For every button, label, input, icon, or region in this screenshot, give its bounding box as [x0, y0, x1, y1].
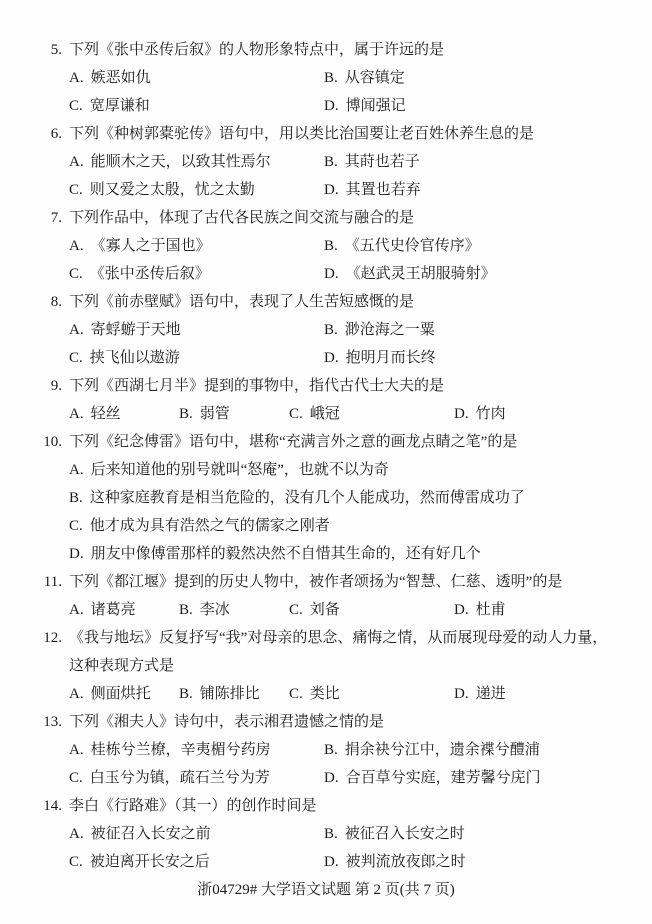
- question-7-option-d: D.《赵武灵王胡服骑射》: [324, 260, 496, 288]
- question-8-option-c: C.挟飞仙以遨游: [69, 344, 324, 372]
- option-label: D.: [69, 546, 84, 562]
- option-text: 刘备: [310, 602, 340, 618]
- question-14-option-d: D.被判流放夜郎之时: [324, 848, 466, 876]
- option-text: 抱明月而长终: [346, 350, 436, 366]
- exam-page: 5. 下列《张中丞传后叙》的人物形象特点中，属于许远的是 A.嫉恶如仇 B.从容…: [0, 0, 652, 924]
- option-text: 被征召入长安之时: [345, 826, 465, 842]
- option-text: 合百草兮实庭，建芳馨兮庑门: [346, 770, 541, 786]
- option-text: 《张中丞传后叙》: [90, 266, 210, 282]
- question-7-options-row-2: C.《张中丞传后叙》 D.《赵武灵王胡服骑射》: [28, 260, 624, 288]
- option-label: B.: [179, 602, 193, 618]
- question-13-stem: 下列《湘夫人》诗句中，表示湘君遗憾之情的是: [69, 708, 384, 736]
- question-10-stem: 下列《纪念傅雷》语句中，堪称“充满言外之意的画龙点睛之笔”的是: [69, 428, 517, 456]
- question-12-option-b: B.铺陈排比: [179, 680, 289, 708]
- question-5-option-c: C.宽厚谦和: [69, 92, 324, 120]
- question-6-option-c: C.则又爱之太殷，忧之太勤: [69, 176, 324, 204]
- question-7-stem-row: 7. 下列作品中，体现了古代各民族之间交流与融合的是: [28, 204, 624, 232]
- option-text: 侧面烘托: [91, 686, 151, 702]
- option-label: B.: [324, 322, 338, 338]
- option-label: D.: [324, 182, 339, 198]
- question-9-option-d: D.竹肉: [454, 400, 506, 428]
- option-label: D.: [324, 266, 339, 282]
- option-text: 铺陈排比: [200, 686, 260, 702]
- question-12-stem-continuation-row: 这种表现方式是: [28, 652, 624, 680]
- question-12-option-c: C.类比: [289, 680, 454, 708]
- option-label: D.: [324, 770, 339, 786]
- option-text: 则又爱之太殷，忧之太勤: [90, 182, 255, 198]
- option-text: 这种家庭教育是相当危险的，没有几个人能成功，然而傅雷成功了: [90, 490, 525, 506]
- question-7-option-a: A.《寡人之于国也》: [69, 232, 324, 260]
- option-text: 《赵武灵王胡服骑射》: [346, 266, 496, 282]
- option-text: 《五代史伶官传序》: [345, 238, 480, 254]
- question-7-stem: 下列作品中，体现了古代各民族之间交流与融合的是: [69, 204, 414, 232]
- question-14-number: 14.: [28, 792, 62, 820]
- option-label: A.: [69, 154, 84, 170]
- question-13-stem-row: 13. 下列《湘夫人》诗句中，表示湘君遗憾之情的是: [28, 708, 624, 736]
- question-6-option-d: D.其置也若弃: [324, 176, 421, 204]
- question-7-option-c: C.《张中丞传后叙》: [69, 260, 324, 288]
- option-text: 能顺木之天，以致其性焉尔: [91, 154, 271, 170]
- option-label: C.: [69, 518, 83, 534]
- question-12-option-d: D.递进: [454, 680, 506, 708]
- option-label: A.: [69, 70, 84, 86]
- question-12-stem-row: 12. 《我与地坛》反复抒写“我”对母亲的思念、痛悔之情，从而展现母爱的动人力量…: [28, 624, 624, 652]
- option-text: 后来知道他的别号就叫“怒庵”，也就不以为奇: [91, 462, 389, 478]
- option-text: 《寡人之于国也》: [91, 238, 211, 254]
- option-text: 白玉兮为镇，疏石兰兮为芳: [90, 770, 270, 786]
- question-14-option-a: A.被征召入长安之前: [69, 820, 324, 848]
- question-14-options-row-1: A.被征召入长安之前 B.被征召入长安之时: [28, 820, 624, 848]
- question-14-stem-row: 14. 李白《行路难》（其一）的创作时间是: [28, 792, 624, 820]
- option-text: 捐余袂兮江中，遗余褋兮醴浦: [345, 742, 540, 758]
- option-label: C.: [289, 406, 303, 422]
- question-13-options-row-1: A.桂栋兮兰橑，辛夷楣兮药房 B.捐余袂兮江中，遗余褋兮醴浦: [28, 736, 624, 764]
- question-14-options-row-2: C.被迫离开长安之后 D.被判流放夜郎之时: [28, 848, 624, 876]
- option-label: B.: [69, 490, 83, 506]
- option-label: D.: [454, 686, 469, 702]
- option-text: 朋友中像傅雷那样的毅然决然不自惜其生命的，还有好几个: [91, 546, 481, 562]
- option-text: 竹肉: [476, 406, 506, 422]
- option-label: B.: [324, 826, 338, 842]
- question-8-options-row-2: C.挟飞仙以遨游 D.抱明月而长终: [28, 344, 624, 372]
- question-8-stem: 下列《前赤壁赋》语句中，表现了人生苦短感慨的是: [69, 288, 414, 316]
- option-label: C.: [69, 266, 83, 282]
- question-5-option-d: D.博闻强记: [324, 92, 406, 120]
- question-11-number: 11.: [28, 568, 62, 596]
- option-label: C.: [69, 182, 83, 198]
- question-10-option-a-row: A.后来知道他的别号就叫“怒庵”，也就不以为奇: [28, 456, 624, 484]
- question-5-options-row-1: A.嫉恶如仇 B.从容镇定: [28, 64, 624, 92]
- question-9-option-a: A.轻丝: [69, 400, 179, 428]
- question-6-number: 6.: [28, 120, 62, 148]
- option-text: 桂栋兮兰橑，辛夷楣兮药房: [91, 742, 271, 758]
- question-8-stem-row: 8. 下列《前赤壁赋》语句中，表现了人生苦短感慨的是: [28, 288, 624, 316]
- question-7-option-b: B.《五代史伶官传序》: [324, 232, 480, 260]
- question-7-options-row-1: A.《寡人之于国也》 B.《五代史伶官传序》: [28, 232, 624, 260]
- question-13-option-b: B.捐余袂兮江中，遗余褋兮醴浦: [324, 736, 540, 764]
- option-text: 寄蜉蝣于天地: [91, 322, 181, 338]
- question-10-option-c: C.他才成为具有浩然之气的儒家之刚者: [69, 512, 330, 540]
- option-label: B.: [324, 70, 338, 86]
- question-8-number: 8.: [28, 288, 62, 316]
- option-label: C.: [289, 602, 303, 618]
- question-9-options-row: A.轻丝 B.弱管 C.峨冠 D.竹肉: [28, 400, 624, 428]
- option-label: C.: [69, 770, 83, 786]
- question-10-option-d-row: D.朋友中像傅雷那样的毅然决然不自惜其生命的，还有好几个: [28, 540, 624, 568]
- option-text: 挟飞仙以遨游: [90, 350, 180, 366]
- question-12-option-a: A.侧面烘托: [69, 680, 179, 708]
- question-8-option-a: A.寄蜉蝣于天地: [69, 316, 324, 344]
- option-label: A.: [69, 322, 84, 338]
- question-12-stem: 《我与地坛》反复抒写“我”对母亲的思念、痛悔之情，从而展现母爱的动人力量，: [69, 624, 607, 652]
- option-label: D.: [324, 350, 339, 366]
- question-5-option-b: B.从容镇定: [324, 64, 405, 92]
- option-text: 被迫离开长安之后: [90, 854, 210, 870]
- question-9-number: 9.: [28, 372, 62, 400]
- option-label: A.: [69, 406, 84, 422]
- option-label: D.: [454, 602, 469, 618]
- question-11-stem-row: 11. 下列《都江堰》提到的历史人物中，被作者颂扬为“智慧、仁慈、透明”的是: [28, 568, 624, 596]
- option-text: 从容镇定: [345, 70, 405, 86]
- question-5-stem-row: 5. 下列《张中丞传后叙》的人物形象特点中，属于许远的是: [28, 36, 624, 64]
- question-11-stem: 下列《都江堰》提到的历史人物中，被作者颂扬为“智慧、仁慈、透明”的是: [69, 568, 562, 596]
- question-11-option-a: A.诸葛亮: [69, 596, 179, 624]
- option-text: 李冰: [200, 602, 230, 618]
- question-6-stem: 下列《种树郭橐驼传》语句中，用以类比治国要让老百姓休养生息的是: [69, 120, 534, 148]
- question-10-option-d: D.朋友中像傅雷那样的毅然决然不自惜其生命的，还有好几个: [69, 540, 481, 568]
- option-text: 博闻强记: [346, 98, 406, 114]
- option-label: B.: [179, 406, 193, 422]
- option-text: 其置也若弃: [346, 182, 421, 198]
- question-5-options-row-2: C.宽厚谦和 D.博闻强记: [28, 92, 624, 120]
- option-label: A.: [69, 686, 84, 702]
- question-10-option-b-row: B.这种家庭教育是相当危险的，没有几个人能成功，然而傅雷成功了: [28, 484, 624, 512]
- option-text: 类比: [310, 686, 340, 702]
- question-7-number: 7.: [28, 204, 62, 232]
- option-text: 宽厚谦和: [90, 98, 150, 114]
- question-10-option-c-row: C.他才成为具有浩然之气的儒家之刚者: [28, 512, 624, 540]
- option-label: A.: [69, 462, 84, 478]
- question-11-options-row: A.诸葛亮 B.李冰 C.刘备 D.杜甫: [28, 596, 624, 624]
- question-13-option-a: A.桂栋兮兰橑，辛夷楣兮药房: [69, 736, 324, 764]
- option-text: 渺沧海之一粟: [345, 322, 435, 338]
- question-9-option-c: C.峨冠: [289, 400, 454, 428]
- question-11-option-c: C.刘备: [289, 596, 454, 624]
- question-11-option-b: B.李冰: [179, 596, 289, 624]
- question-6-options-row-2: C.则又爱之太殷，忧之太勤 D.其置也若弃: [28, 176, 624, 204]
- option-label: C.: [289, 686, 303, 702]
- option-text: 其莳也若子: [345, 154, 420, 170]
- question-10-option-b: B.这种家庭教育是相当危险的，没有几个人能成功，然而傅雷成功了: [69, 484, 525, 512]
- option-text: 递进: [476, 686, 506, 702]
- option-label: D.: [324, 854, 339, 870]
- question-6-stem-row: 6. 下列《种树郭橐驼传》语句中，用以类比治国要让老百姓休养生息的是: [28, 120, 624, 148]
- question-5-option-a: A.嫉恶如仇: [69, 64, 324, 92]
- option-label: D.: [324, 98, 339, 114]
- option-text: 被征召入长安之前: [91, 826, 211, 842]
- option-label: B.: [179, 686, 193, 702]
- option-text: 他才成为具有浩然之气的儒家之刚者: [90, 518, 330, 534]
- option-label: C.: [69, 854, 83, 870]
- question-12-number: 12.: [28, 624, 62, 652]
- question-13-option-c: C.白玉兮为镇，疏石兰兮为芳: [69, 764, 324, 792]
- question-5-number: 5.: [28, 36, 62, 64]
- question-8-option-b: B.渺沧海之一粟: [324, 316, 435, 344]
- question-13-options-row-2: C.白玉兮为镇，疏石兰兮为芳 D.合百草兮实庭，建芳馨兮庑门: [28, 764, 624, 792]
- question-6-option-a: A.能顺木之天，以致其性焉尔: [69, 148, 324, 176]
- question-10-option-a: A.后来知道他的别号就叫“怒庵”，也就不以为奇: [69, 456, 389, 484]
- question-9-option-b: B.弱管: [179, 400, 289, 428]
- question-6-option-b: B.其莳也若子: [324, 148, 420, 176]
- option-label: A.: [69, 742, 84, 758]
- question-10-number: 10.: [28, 428, 62, 456]
- option-text: 杜甫: [476, 602, 506, 618]
- question-6-options-row-1: A.能顺木之天，以致其性焉尔 B.其莳也若子: [28, 148, 624, 176]
- question-8-options-row-1: A.寄蜉蝣于天地 B.渺沧海之一粟: [28, 316, 624, 344]
- question-5-stem: 下列《张中丞传后叙》的人物形象特点中，属于许远的是: [69, 36, 444, 64]
- option-label: B.: [324, 238, 338, 254]
- page-footer: 浙04729# 大学语文试题 第 2 页(共 7 页): [28, 876, 624, 904]
- option-label: B.: [324, 154, 338, 170]
- question-14-option-c: C.被迫离开长安之后: [69, 848, 324, 876]
- option-label: A.: [69, 826, 84, 842]
- option-text: 轻丝: [91, 406, 121, 422]
- question-10-stem-row: 10. 下列《纪念傅雷》语句中，堪称“充满言外之意的画龙点睛之笔”的是: [28, 428, 624, 456]
- option-text: 嫉恶如仇: [91, 70, 151, 86]
- question-9-stem-row: 9. 下列《西湖七月半》提到的事物中，指代古代士大夫的是: [28, 372, 624, 400]
- question-9-stem: 下列《西湖七月半》提到的事物中，指代古代士大夫的是: [69, 372, 444, 400]
- question-8-option-d: D.抱明月而长终: [324, 344, 436, 372]
- question-12-options-row: A.侧面烘托 B.铺陈排比 C.类比 D.递进: [28, 680, 624, 708]
- option-text: 弱管: [200, 406, 230, 422]
- option-label: C.: [69, 350, 83, 366]
- question-13-option-d: D.合百草兮实庭，建芳馨兮庑门: [324, 764, 541, 792]
- option-label: A.: [69, 602, 84, 618]
- question-14-stem: 李白《行路难》（其一）的创作时间是: [69, 792, 317, 820]
- question-14-option-b: B.被征召入长安之时: [324, 820, 465, 848]
- question-12-stem-continuation: 这种表现方式是: [69, 652, 174, 680]
- option-text: 峨冠: [310, 406, 340, 422]
- question-13-number: 13.: [28, 708, 62, 736]
- question-11-option-d: D.杜甫: [454, 596, 506, 624]
- option-label: A.: [69, 238, 84, 254]
- option-label: D.: [454, 406, 469, 422]
- option-text: 被判流放夜郎之时: [346, 854, 466, 870]
- option-text: 诸葛亮: [91, 602, 136, 618]
- option-label: B.: [324, 742, 338, 758]
- option-label: C.: [69, 98, 83, 114]
